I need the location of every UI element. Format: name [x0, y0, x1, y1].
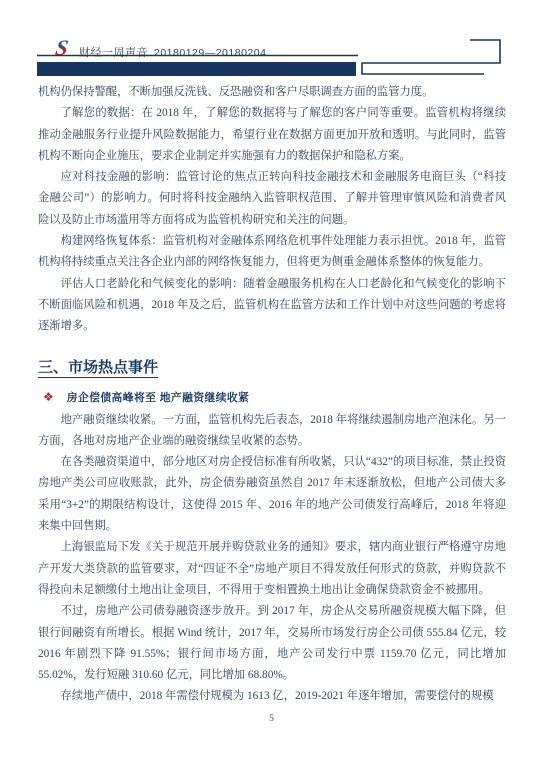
paragraph: 存续地产债中，2018 年需偿付规模为 1613 亿，2019-2021 年逐年…: [38, 686, 506, 707]
header-navy-bar: [37, 62, 356, 76]
paragraph: 评估人口老龄化和气候变化的影响：随着金融服务机构在人口老龄化和气候变化的影响下不…: [38, 274, 506, 338]
subsection-heading: ❖ 房企偿债高峰将至 地产融资继续收紧: [38, 389, 506, 406]
page-number: 5: [269, 714, 274, 724]
report-title: 财经一周声音20180129—20180204: [79, 44, 266, 60]
paragraph: 了解您的数据：在 2018 年，了解您的数据将与了解您的客户同等重要。监管机构将…: [38, 103, 506, 167]
section-heading: 三、市场热点事件: [38, 358, 506, 378]
header-step-outline: [362, 40, 500, 74]
paragraph: 地产融资继续收紧。一方面，监管机构先后表态，2018 年将继续遏制房地产泡沫化。…: [38, 410, 506, 453]
paragraph: 应对科技金融的影响：监管讨论的焦点正转向科技金融技术和金融服务电商巨头（“科技金…: [38, 167, 506, 231]
diamond-bullet-icon: ❖: [43, 389, 54, 405]
paragraph: 上海银监局下发《关于规范开展并购贷款业务的通知》要求，辖内商业银行严格遵守房地产…: [38, 537, 506, 601]
page-footer: 5: [0, 714, 543, 724]
svg-text:S: S: [54, 35, 71, 59]
report-date-range: 20180129—20180204: [154, 47, 266, 59]
paragraph: 在各类融资渠道中，部分地区对房企授信标准有所收紧，只认“432”的项目标准，禁止…: [38, 452, 506, 537]
paragraph: 构建网络恢复体系：监管机构对金融体系网络危机事件处理能力表示担忧。2018 年，…: [38, 231, 506, 274]
section-heading-text: 三、市场热点事件: [38, 359, 158, 378]
document-body: 机构仍保持警醒，不断加强反洗钱、反恐融资和客户尽职调查方面的监管力度。 了解您的…: [38, 82, 506, 708]
document-page: S 财经一周声音20180129—20180204 机构仍保持警醒，不断加强反洗…: [0, 0, 543, 768]
paragraph: 机构仍保持警醒，不断加强反洗钱、反恐融资和客户尽职调查方面的监管力度。: [38, 82, 506, 103]
paragraph: 不过，房地产公司债券融资逐步放开。到 2017 年，房企从交易所融资规模大幅下降…: [38, 601, 506, 686]
subsection-heading-text: 房企偿债高峰将至 地产融资继续收紧: [67, 390, 250, 406]
brand-logo-icon: S: [53, 35, 77, 59]
report-title-text: 财经一周声音: [79, 47, 148, 59]
